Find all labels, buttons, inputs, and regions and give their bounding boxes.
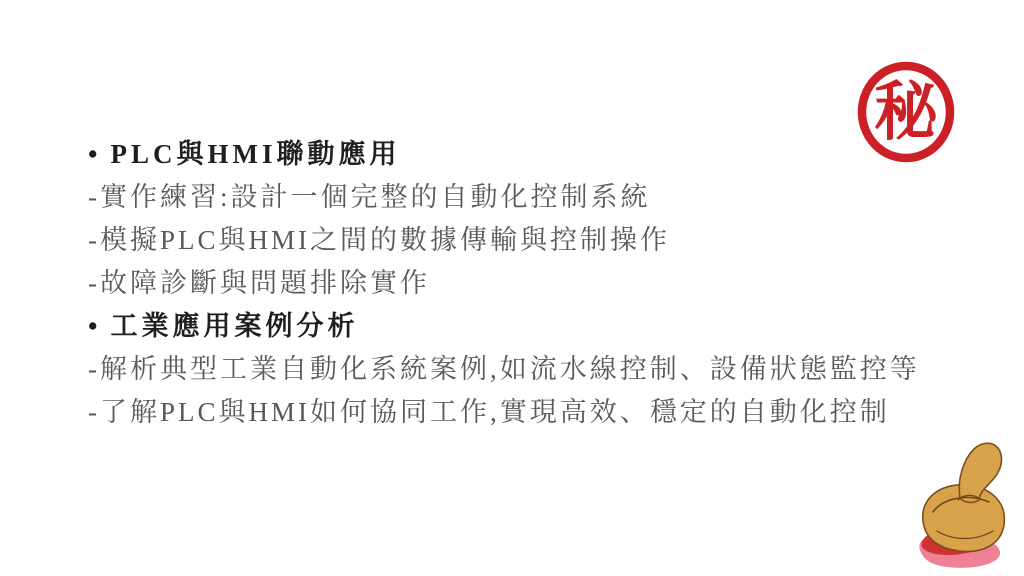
hand-stamp-illustration [908,436,1014,574]
heading-text: 工業應用案例分析 [110,311,358,341]
list-item: -了解PLC與HMI如何協同工作,實現高效、穩定的自動化控制 [88,391,920,434]
list-item: -模擬PLC與HMI之間的數據傳輸與控制操作 [88,219,920,262]
stamp-character: 秘 [874,76,940,148]
bullet-marker: • [88,133,97,176]
bullet-list: •PLC與HMI聯動應用 -實作練習:設計一個完整的自動化控制系統 -模擬PLC… [88,133,920,434]
list-item: -故障診斷與問題排除實作 [88,262,920,305]
confidential-stamp-icon: 秘 [856,60,956,164]
list-item: -解析典型工業自動化系統案例,如流水線控制、設備狀態監控等 [88,348,920,391]
bullet-heading: •PLC與HMI聯動應用 [88,133,920,176]
bullet-marker: • [88,305,97,348]
stamp-handle [959,443,1001,502]
bullet-heading: •工業應用案例分析 [88,305,920,348]
presentation-slide: •PLC與HMI聯動應用 -實作練習:設計一個完整的自動化控制系統 -模擬PLC… [0,0,1024,576]
heading-text: PLC與HMI聯動應用 [110,139,400,169]
list-item: -實作練習:設計一個完整的自動化控制系統 [88,176,920,219]
